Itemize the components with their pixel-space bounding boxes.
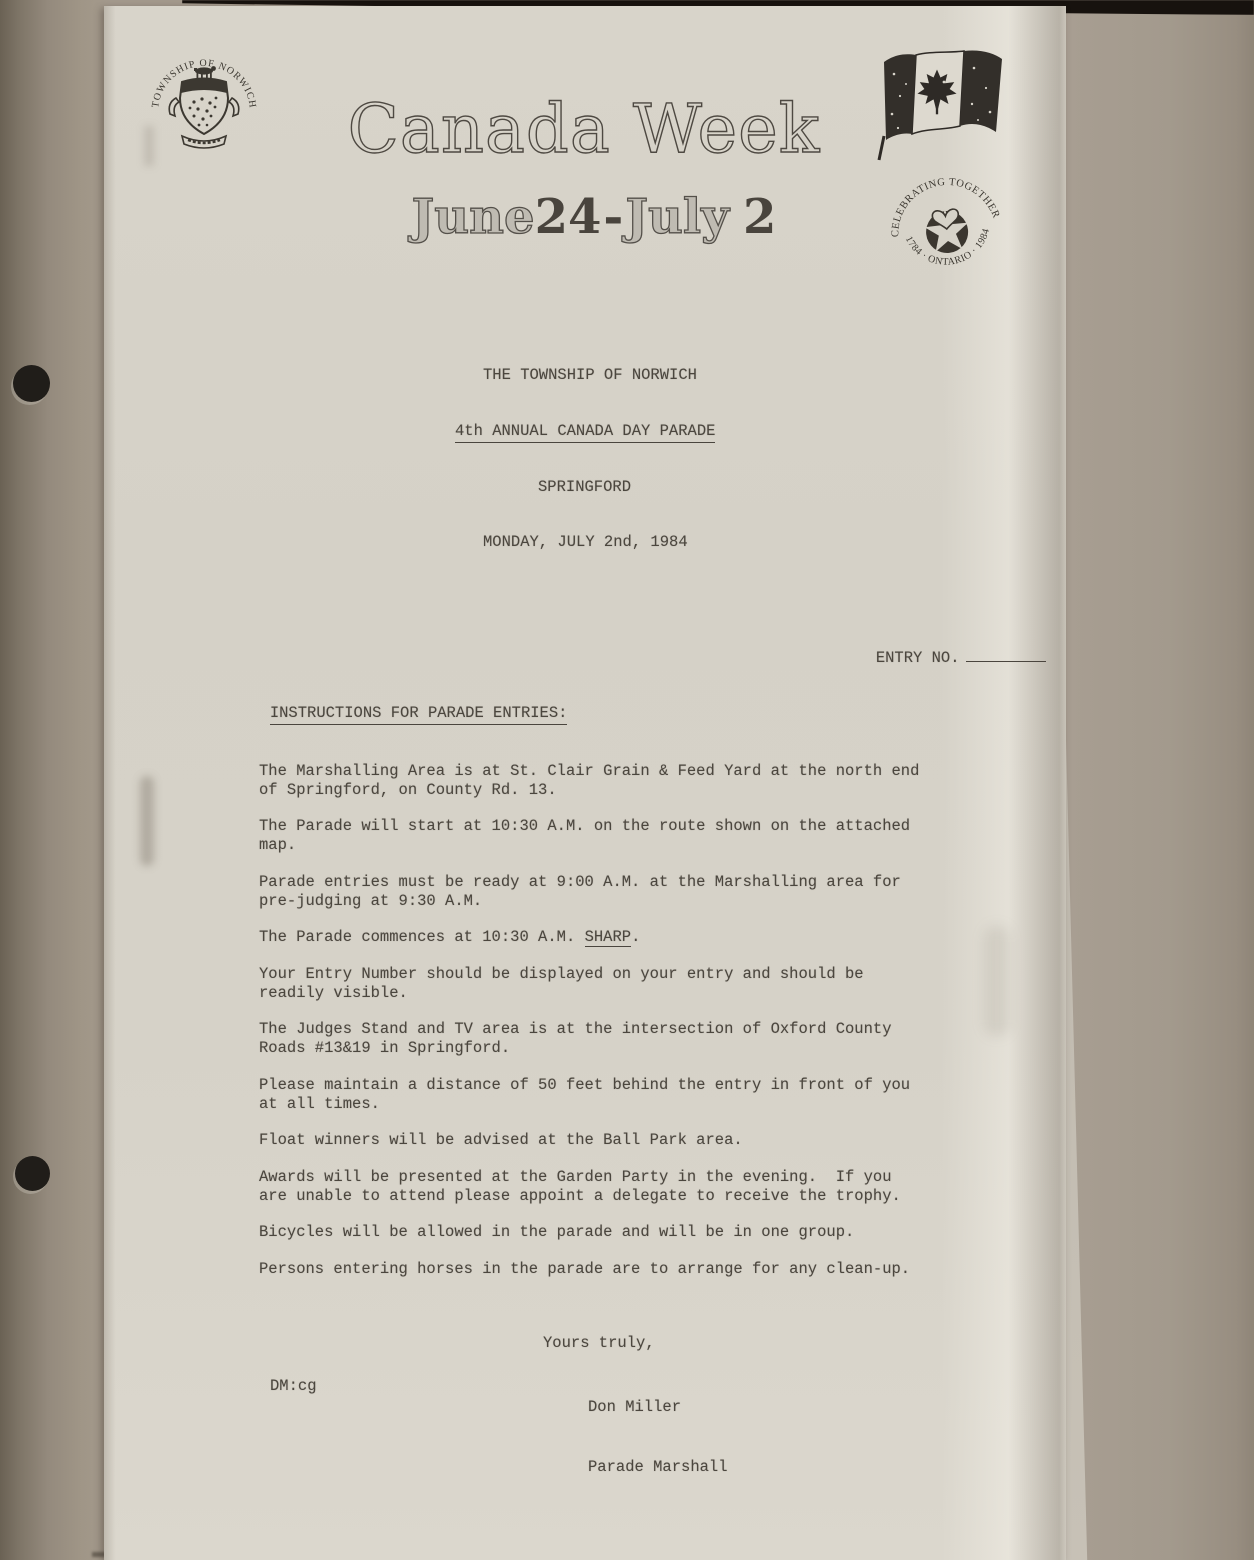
dates-word-july: July [625,189,729,245]
signature-name: Don Miller [588,1397,728,1417]
dates-num-24: 24 [535,189,602,245]
dates-dash: - [603,189,623,245]
typist-initials: DM:cg [270,1377,317,1396]
instruction-paragraph: Bicycles will be allowed in the parade a… [259,1223,954,1242]
instruction-paragraph: The Parade commences at 10:30 A.M. SHARP… [259,928,954,947]
organization-line: THE TOWNSHIP OF NORWICH [483,366,697,385]
scanned-document-page: TOWNSHIP OF NORWICH [0,0,1254,1560]
smudge [984,926,1010,1036]
letter-paper: TOWNSHIP OF NORWICH [104,6,1066,1560]
canada-week-title: Canada Week [334,94,834,164]
canada-flag-icon [870,40,1015,165]
instruction-paragraphs: The Marshalling Area is at St. Clair Gra… [259,762,954,1279]
instruction-paragraph: Please maintain a distance of 50 feet be… [259,1076,954,1114]
letter-body: INSTRUCTIONS FOR PARADE ENTRIES: The Mar… [214,685,954,1391]
signature-title: Parade Marshall [588,1457,728,1477]
instruction-paragraph: The Judges Stand and TV area is at the i… [259,1020,954,1058]
instructions-heading: INSTRUCTIONS FOR PARADE ENTRIES: [270,704,568,725]
dates-num-2: 2 [743,189,776,245]
township-of-norwich-crest-icon: TOWNSHIP OF NORWICH [146,46,262,162]
smudge [140,776,154,866]
hole-punch [13,365,50,402]
location-line: SPRINGFORD [538,478,631,497]
event-title: 4th ANNUAL CANADA DAY PARADE [455,422,715,443]
instruction-paragraph: Your Entry Number should be displayed on… [259,965,954,1003]
event-date-line: MONDAY, JULY 2nd, 1984 [483,533,688,552]
entry-no-row: ENTRY NO. [820,627,1046,687]
instruction-paragraph: Persons entering horses in the parade ar… [259,1260,954,1279]
hole-punch [15,1156,50,1191]
album-page-background [1064,0,1254,1560]
entry-no-blank-field [966,646,1046,662]
canada-week-dates: June24-July2 [374,192,814,242]
instruction-paragraph: Parade entries must be ready at 9:00 A.M… [259,873,954,911]
instruction-paragraph: Awards will be presented at the Garden P… [259,1168,954,1206]
dates-word-june: June [412,189,535,245]
ontario-bicentennial-seal-icon: CELEBRATING TOGETHER 1784 · ONTARIO · 19… [876,160,1019,303]
entry-no-label: ENTRY NO. [876,649,960,667]
instruction-paragraph: Float winners will be advised at the Bal… [259,1131,954,1150]
instruction-paragraph: The Parade will start at 10:30 A.M. on t… [259,817,954,855]
closing-line: Yours truly, [214,1334,954,1353]
instruction-paragraph: The Marshalling Area is at St. Clair Gra… [259,762,954,800]
signature-block: Don Miller Parade Marshall [588,1357,728,1517]
